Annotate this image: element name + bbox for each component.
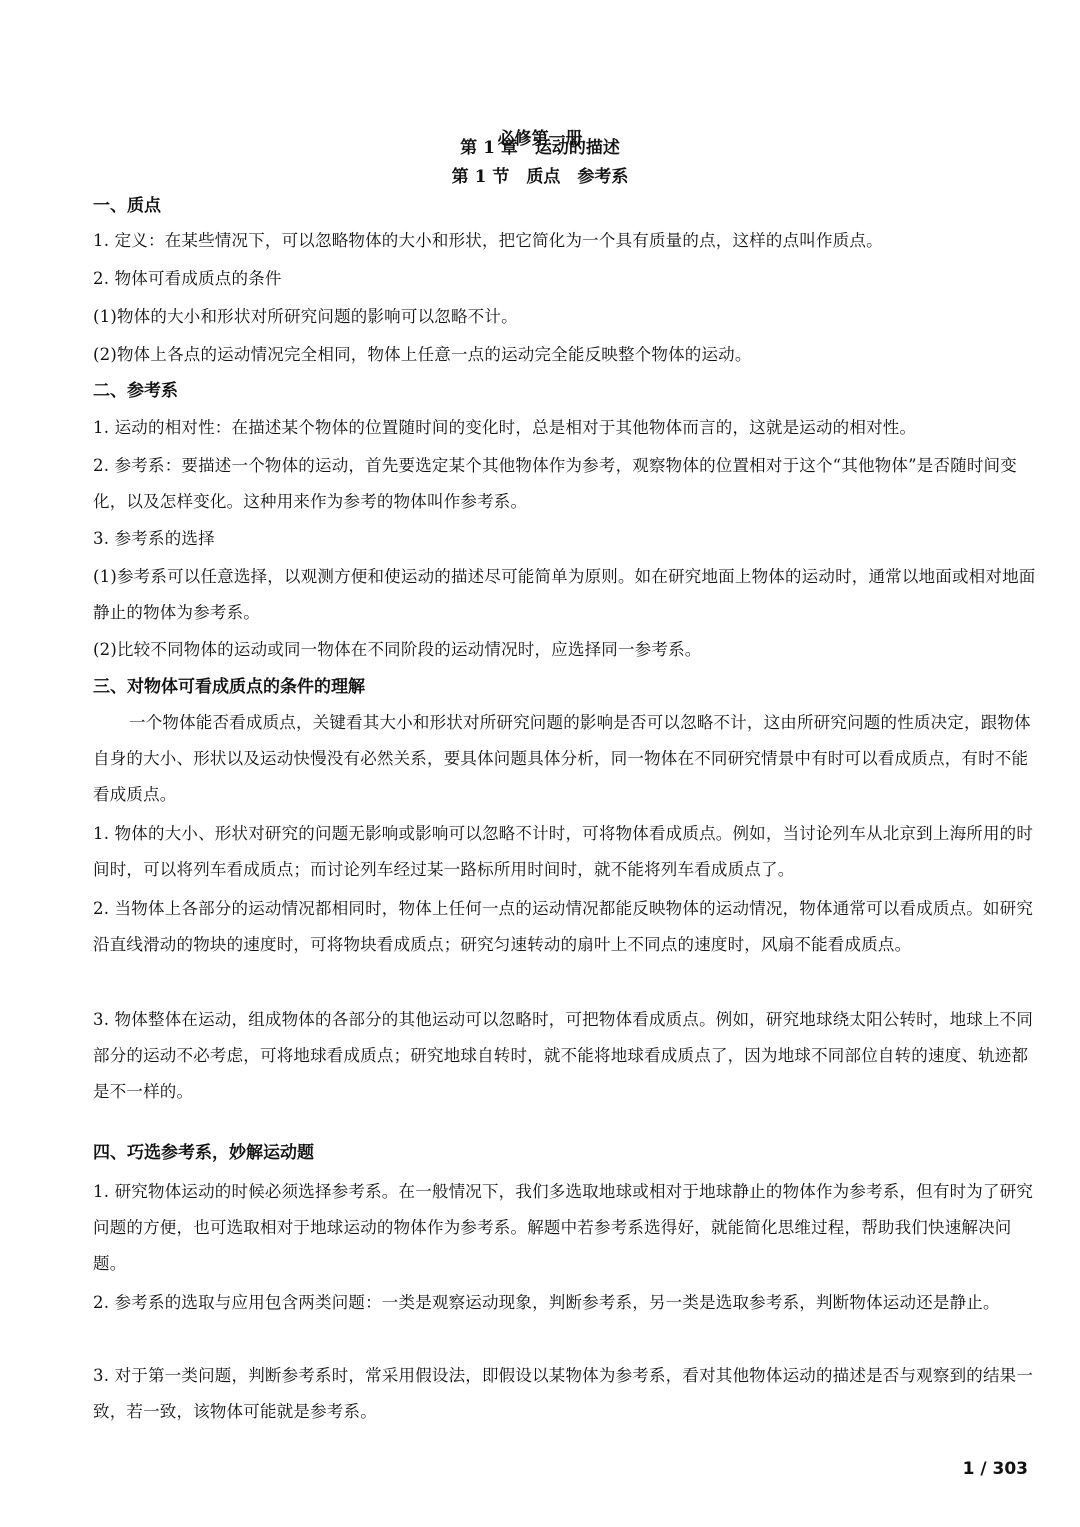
paragraph: (2)物体上各点的运动情况完全相同，物体上任意一点的运动完全能反映整个物体的运动… (93, 337, 1038, 373)
paragraph: 2. 参考系：要描述一个物体的运动，首先要选定某个其他物体作为参考，观察物体的位… (93, 448, 1038, 520)
heading-mass-point: 一、质点 (93, 195, 161, 217)
paragraph: 2. 参考系的选取与应用包含两类问题：一类是观察运动现象，判断参考系，另一类是选… (93, 1285, 1038, 1321)
heading-mass-point-conditions: 三、对物体可看成质点的条件的理解 (93, 676, 365, 698)
paragraph: (1)参考系可以任意选择，以观测方便和使运动的描述尽可能简单为原则。如在研究地面… (93, 559, 1038, 631)
heading-choose-reference-frame: 四、巧选参考系，妙解运动题 (93, 1142, 314, 1164)
paragraph: (1)物体的大小和形状对所研究问题的影响可以忽略不计。 (93, 299, 1038, 335)
paragraph: 3. 参考系的选择 (93, 521, 1038, 557)
paragraph: 3. 对于第一类问题，判断参考系时，常采用假设法，即假设以某物体为参考系，看对其… (93, 1358, 1038, 1430)
paragraph: 2. 物体可看成质点的条件 (93, 261, 1038, 297)
paragraph: 1. 运动的相对性：在描述某个物体的位置随时间的变化时，总是相对于其他物体而言的… (93, 410, 1038, 446)
paragraph: 2. 当物体上各部分的运动情况都相同时，物体上任何一点的运动情况都能反映物体的运… (93, 891, 1038, 963)
document-page: 必修第一册 第 1 章 运动的描述 第 1 节 质点 参考系 一、质点 1. 定… (0, 0, 1080, 1527)
paragraph: (2)比较不同物体的运动或同一物体在不同阶段的运动情况时，应选择同一参考系。 (93, 632, 1038, 668)
paragraph: 1. 研究物体运动的时候必须选择参考系。在一般情况下，我们多选取地球或相对于地球… (93, 1174, 1038, 1282)
paragraph: 一个物体能否看成质点，关键看其大小和形状对所研究问题的影响是否可以忽略不计，这由… (93, 705, 1038, 813)
heading-reference-frame: 二、参考系 (93, 380, 178, 402)
section-title: 第 1 节 质点 参考系 (0, 166, 1080, 188)
paragraph: 3. 物体整体在运动，组成物体的各部分的其他运动可以忽略时，可把物体看成质点。例… (93, 1002, 1038, 1110)
page-number: 1 / 303 (963, 1459, 1028, 1479)
paragraph: 1. 定义：在某些情况下，可以忽略物体的大小和形状，把它简化为一个具有质量的点，… (93, 223, 1038, 259)
paragraph: 1. 物体的大小、形状对研究的问题无影响或影响可以忽略不计时，可将物体看成质点。… (93, 816, 1038, 888)
